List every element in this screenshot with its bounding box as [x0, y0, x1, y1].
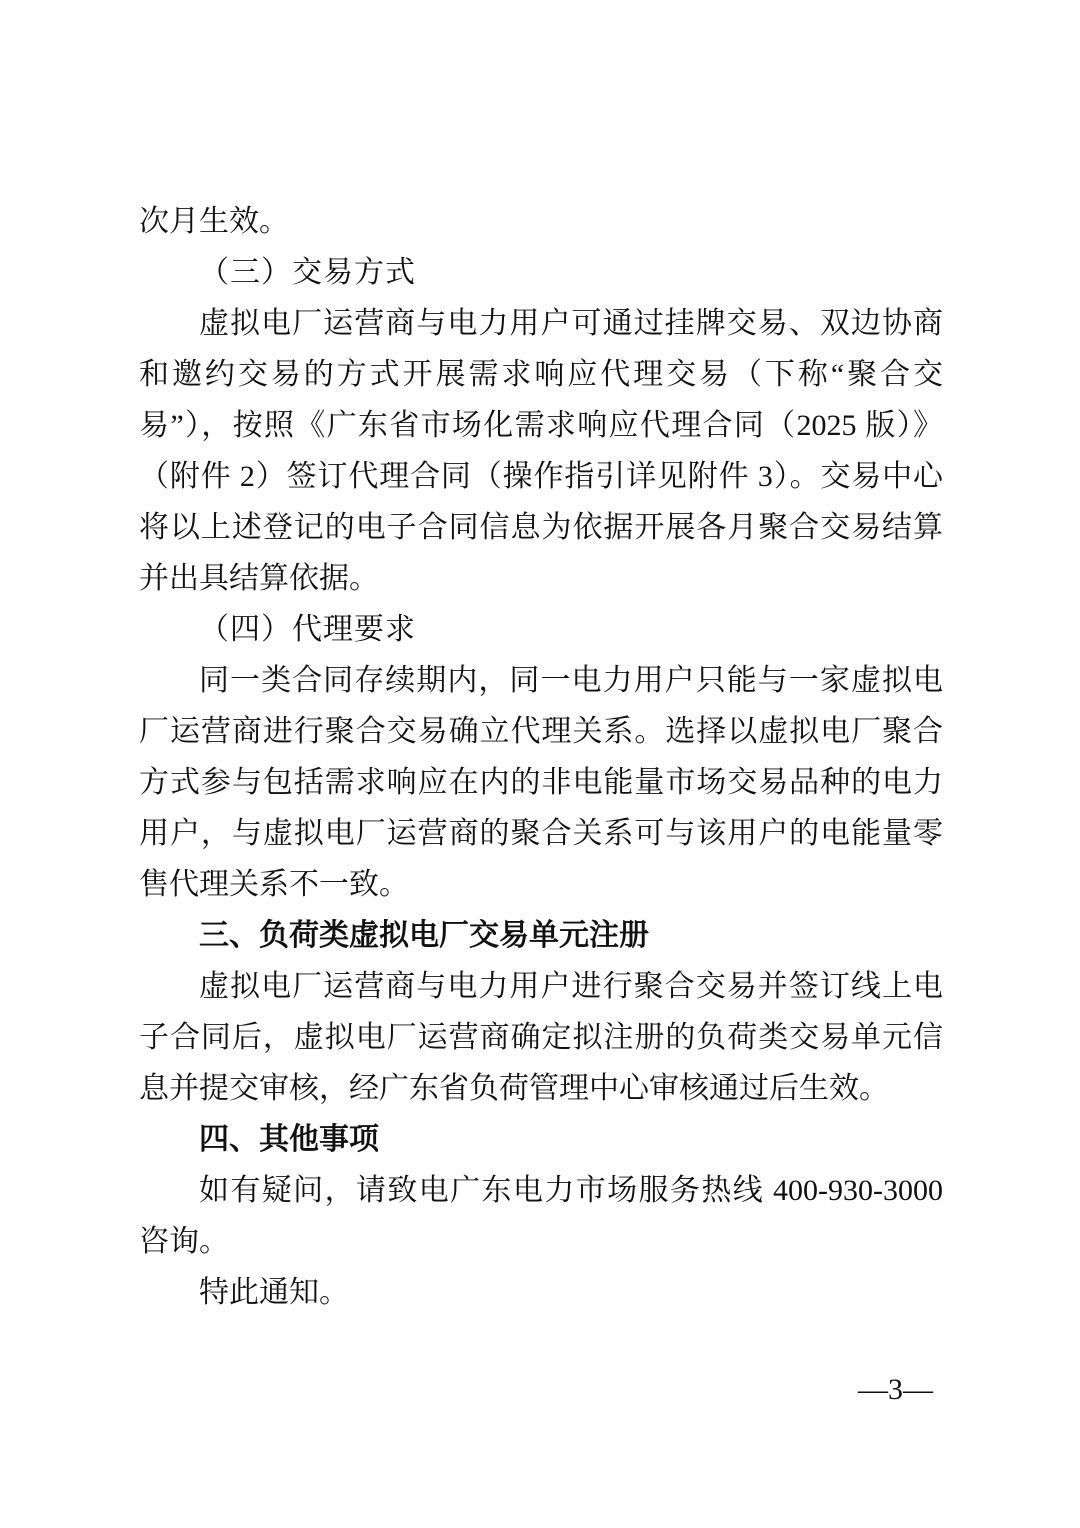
paragraph-trading-unit-registration: 虚拟电厂运营商与电力用户进行聚合交易并签订线上电子合同后，虚拟电厂运营商确定拟注…	[139, 961, 943, 1114]
document-page: 次月生效。 （三）交易方式 虚拟电厂运营商与电力用户可通过挂牌交易、双边协商和邀…	[0, 0, 1080, 1528]
paragraph-hotline: 如有疑问，请致电广东电力市场服务热线 400-930-3000 咨询。	[139, 1165, 943, 1267]
paragraph-trading-method: 虚拟电厂运营商与电力用户可通过挂牌交易、双边协商和邀约交易的方式开展需求响应代理…	[139, 298, 943, 604]
paragraph-agency-requirements: 同一类合同存续期内，同一电力用户只能与一家虚拟电厂运营商进行聚合交易确立代理关系…	[139, 655, 943, 910]
section-heading-other-matters: 四、其他事项	[139, 1114, 943, 1165]
document-body: 次月生效。 （三）交易方式 虚拟电厂运营商与电力用户可通过挂牌交易、双边协商和邀…	[139, 196, 943, 1318]
page-number: —3—	[858, 1375, 933, 1405]
section-heading-load-vpp-trading-unit-registration: 三、负荷类虚拟电厂交易单元注册	[139, 910, 943, 961]
paragraph-continuation-effective-next-month: 次月生效。	[139, 196, 943, 247]
paragraph-hereby-notified: 特此通知。	[139, 1267, 943, 1318]
subsection-heading-agency-requirements: （四）代理要求	[139, 604, 943, 655]
subsection-heading-trading-method: （三）交易方式	[139, 247, 943, 298]
